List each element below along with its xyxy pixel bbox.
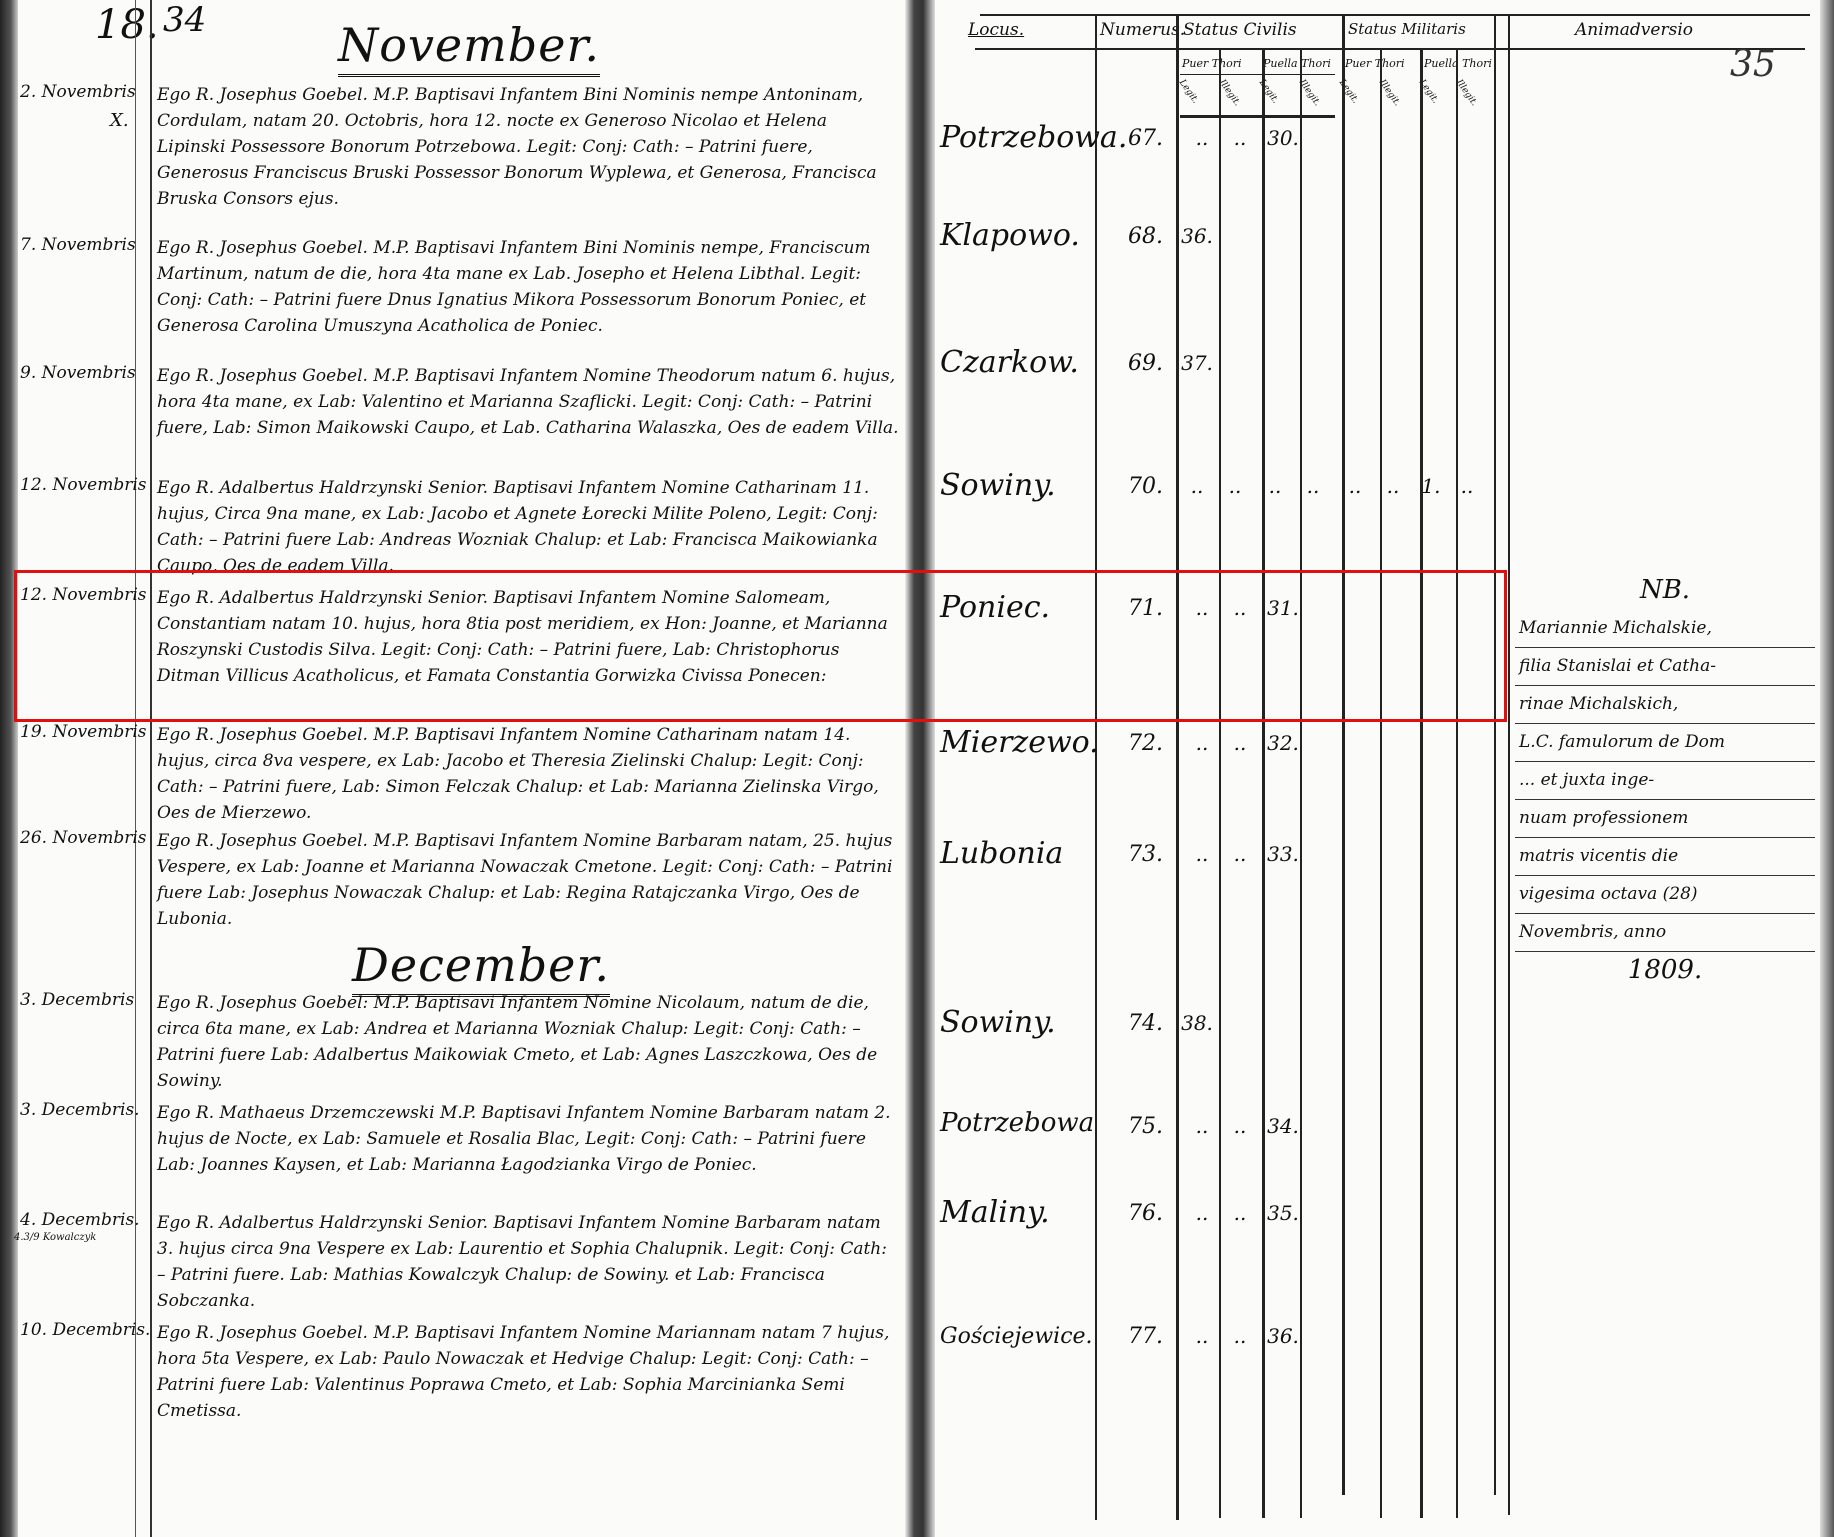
header-rule (1180, 74, 1335, 75)
entry-text: Ego R. Josephus Goebel. M.P. Baptisavi I… (157, 722, 899, 826)
register-row: Gościejewice. 77. .. .. 36. (935, 1318, 1515, 1378)
header-status-civilis: Status Civilis (1183, 20, 1297, 40)
numerus-cell: 69. (1128, 351, 1163, 376)
numerus-cell: 76. (1128, 1201, 1163, 1226)
count-cell: .. (1182, 842, 1222, 866)
remark-line: nuam professionem (1515, 800, 1815, 838)
numerus-cell: 71. (1128, 596, 1163, 621)
entry-note: X. (110, 110, 129, 131)
header-status-militaris: Status Militaris (1348, 20, 1466, 38)
baptism-entry: 26. Novembris Ego R. Josephus Goebel. M.… (0, 828, 905, 938)
remark-line: Mariannie Michalskie, (1515, 610, 1815, 648)
entry-text: Ego R. Josephus Goebel. M.P. Baptisavi I… (157, 1320, 899, 1424)
count-cell: .. (1220, 842, 1260, 866)
baptism-entry: 4. Decembris. 4.3/9 Kowalczyk Ego R. Ada… (0, 1210, 905, 1320)
entry-note: 4.3/9 Kowalczyk (14, 1232, 96, 1243)
baptism-entry: 10. Decembris. Ego R. Josephus Goebel. M… (0, 1320, 905, 1430)
count-cell: 30. (1263, 126, 1303, 150)
subheader: Puella Thori (1424, 57, 1492, 70)
locus-cell: Sowiny. (940, 1005, 1110, 1040)
entry-date: 7. Novembris (20, 235, 150, 255)
entry-date: 12. Novembris (20, 475, 150, 495)
locus-cell: Gościejewice. (940, 1324, 1110, 1349)
page-number: 34 (163, 0, 206, 40)
count-cell: 34. (1263, 1114, 1303, 1138)
remark-line: Novembris, anno (1515, 914, 1815, 952)
count-cell: 32. (1263, 731, 1303, 755)
count-cell: 33. (1263, 842, 1303, 866)
remark-line: matris vicentis die (1515, 838, 1815, 876)
count-cell: .. (1220, 1324, 1260, 1348)
entry-date: 4. Decembris. (20, 1210, 150, 1230)
baptism-entry: 9. Novembris Ego R. Josephus Goebel. M.P… (0, 363, 905, 473)
locus-cell: Mierzewo. (940, 725, 1110, 760)
header-animadversio: Animadversio (1575, 20, 1693, 40)
numerus-cell: 77. (1128, 1324, 1163, 1349)
subheader: Puer Thori (1182, 57, 1242, 70)
register-row: Klapowo. 68. 36. (935, 218, 1515, 278)
count-cell: .. (1182, 1324, 1222, 1348)
month-heading-november: November. (338, 18, 600, 80)
entry-text: Ego R. Josephus Goebel. M.P. Baptisavi I… (157, 363, 899, 441)
locus-cell: Poniec. (940, 590, 1110, 625)
register-row: Sowiny. 74. 38. (935, 1005, 1515, 1065)
register-row: Maliny. 76. .. .. 35. (935, 1195, 1515, 1255)
baptism-entry: 19. Novembris Ego R. Josephus Goebel. M.… (0, 722, 905, 832)
register-row: Czarkow. 69. 37. (935, 345, 1515, 405)
entry-date: 9. Novembris (20, 363, 150, 383)
count-cell: 31. (1263, 596, 1303, 620)
numerus-cell: 73. (1128, 842, 1163, 867)
count-cell: .. (1182, 1201, 1222, 1225)
entry-date: 3. Decembris. (20, 1100, 150, 1120)
baptism-entry: 2. Novembris X. Ego R. Josephus Goebel. … (0, 82, 905, 232)
numerus-cell: 70. (1128, 474, 1163, 499)
entry-date: 3. Decembris (20, 990, 150, 1010)
entry-text: Ego R. Adalbertus Haldrzynski Senior. Ba… (157, 475, 899, 579)
numerus-cell: 72. (1128, 731, 1163, 756)
register-row: Potrzebowa 75. .. .. 34. (935, 1108, 1515, 1168)
register-row: Lubonia 73. .. .. 33. (935, 836, 1515, 896)
header-rule (1180, 115, 1335, 118)
remark-line: rinae Michalskich, (1515, 686, 1815, 724)
entry-text: Ego R. Josephus Goebel. M.P. Baptisavi I… (157, 235, 899, 339)
baptism-entry: 3. Decembris. Ego R. Mathaeus Drzemczews… (0, 1100, 905, 1210)
locus-cell: Klapowo. (940, 218, 1110, 253)
baptism-entry: 12. Novembris Ego R. Adalbertus Haldrzyn… (0, 475, 905, 575)
header-rule (980, 14, 1810, 16)
register-row: Potrzebowa. 67. .. .. 30. (935, 120, 1515, 180)
locus-cell: Potrzebowa (940, 1108, 1110, 1138)
entry-text: Ego R. Adalbertus Haldrzynski Senior. Ba… (157, 585, 899, 689)
count-cell: .. (1220, 126, 1260, 150)
remark-line: vigesima octava (28) (1515, 876, 1815, 914)
locus-cell: Potrzebowa. (940, 120, 1110, 155)
subheader: Puer Thori (1345, 57, 1405, 70)
count-cell: .. (1177, 474, 1217, 498)
entry-text: Ego R. Josephus Goebel. M.P. Baptisavi I… (157, 82, 899, 212)
register-row-selected[interactable]: Poniec. 71. .. .. 31. (935, 590, 1515, 650)
locus-cell: Maliny. (940, 1195, 1110, 1230)
entry-date: 2. Novembris (20, 82, 150, 102)
remark-line: filia Stanislai et Catha- (1515, 648, 1815, 686)
count-cell: .. (1335, 474, 1375, 498)
count-cell: .. (1293, 474, 1333, 498)
entry-date: 10. Decembris. (20, 1320, 150, 1340)
entry-date: 12. Novembris (20, 585, 150, 605)
entry-date: 26. Novembris (20, 828, 150, 848)
count-cell: .. (1220, 1114, 1260, 1138)
locus-cell: Czarkow. (940, 345, 1110, 380)
register-row: Sowiny. 70. .. .. .. .. .. .. 1. .. (935, 468, 1515, 528)
entry-date: 19. Novembris (20, 722, 150, 742)
remark-line: L.C. famulorum de Dom (1515, 724, 1815, 762)
numerus-cell: 74. (1128, 1011, 1163, 1036)
count-cell: .. (1220, 596, 1260, 620)
count-cell: .. (1220, 1201, 1260, 1225)
numerus-cell: 68. (1128, 224, 1163, 249)
header-rule (975, 48, 1805, 50)
count-cell: .. (1215, 474, 1255, 498)
entry-text: Ego R. Josephus Goebel. M.P. Baptisavi I… (157, 828, 899, 932)
count-cell: 37. (1177, 351, 1217, 375)
locus-cell: Lubonia (940, 836, 1110, 871)
count-cell: 35. (1263, 1201, 1303, 1225)
count-cell: .. (1255, 474, 1295, 498)
numerus-cell: 67. (1128, 126, 1163, 151)
count-cell: .. (1182, 126, 1222, 150)
count-cell: .. (1182, 596, 1222, 620)
entry-text: Ego R. Josephus Goebel: M.P. Baptisavi I… (157, 990, 899, 1094)
remark-year: 1809. (1515, 952, 1815, 989)
animadversio-note: NB. Mariannie Michalskie, filia Stanisla… (1515, 570, 1815, 989)
count-cell: 36. (1263, 1324, 1303, 1348)
count-cell: .. (1373, 474, 1413, 498)
entry-text: Ego R. Adalbertus Haldrzynski Senior. Ba… (157, 1210, 899, 1314)
page-number: 35 (1730, 44, 1776, 85)
count-cell: .. (1447, 474, 1487, 498)
count-cell: 38. (1177, 1011, 1217, 1035)
entry-text: Ego R. Mathaeus Drzemczewski M.P. Baptis… (157, 1100, 899, 1178)
count-cell: .. (1220, 731, 1260, 755)
register-row: Mierzewo. 72. .. .. 32. (935, 725, 1515, 785)
count-cell: 1. (1411, 474, 1451, 498)
header-numerus: Numerus. (1100, 20, 1185, 40)
baptism-entry: 7. Novembris Ego R. Josephus Goebel. M.P… (0, 235, 905, 365)
locus-cell: Sowiny. (940, 468, 1110, 503)
header-locus: Locus. (968, 20, 1024, 40)
month-label: November. (338, 18, 600, 72)
remark-heading: NB. (1515, 570, 1815, 610)
page-gutter (905, 0, 935, 1537)
count-cell: .. (1182, 731, 1222, 755)
subheader: Puella Thori (1263, 57, 1331, 70)
month-label: December. (352, 938, 610, 992)
remark-line: ... et juxta inge- (1515, 762, 1815, 800)
baptism-entry: 3. Decembris Ego R. Josephus Goebel: M.P… (0, 990, 905, 1100)
page-edge (1820, 0, 1834, 1537)
baptism-entry-selected[interactable]: 12. Novembris Ego R. Adalbertus Haldrzyn… (0, 585, 905, 715)
count-cell: 36. (1177, 224, 1217, 248)
numerus-cell: 75. (1128, 1114, 1163, 1139)
count-cell: .. (1182, 1114, 1222, 1138)
